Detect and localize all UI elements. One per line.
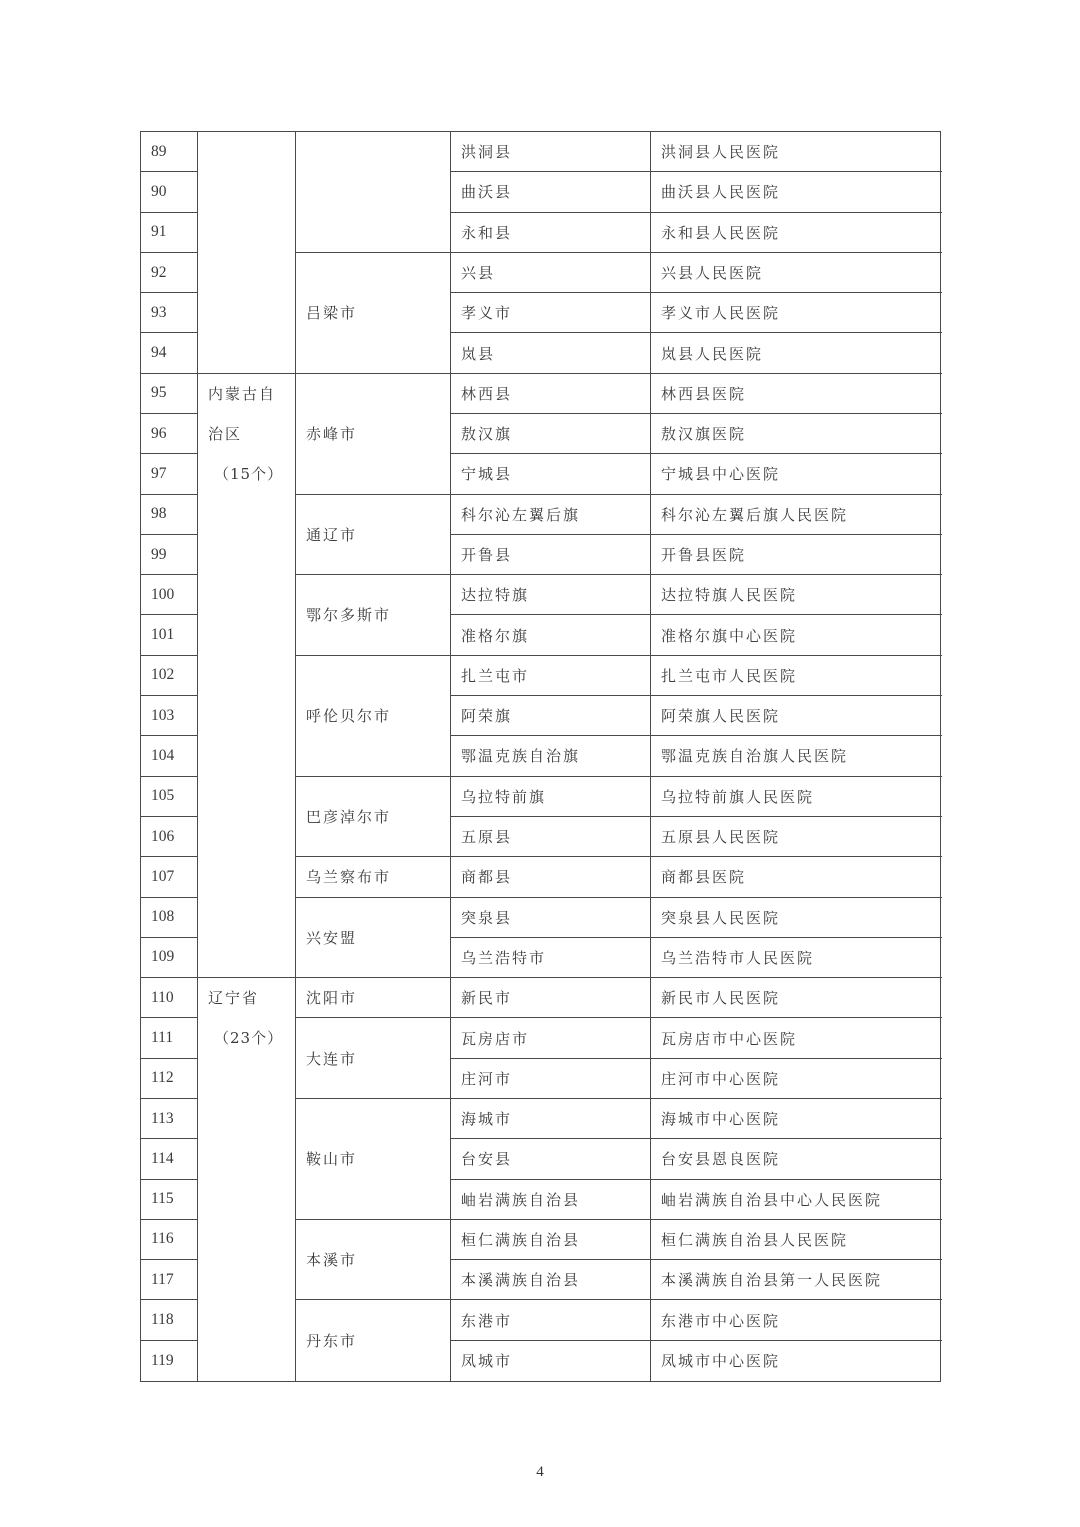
row-number-cell: 96 — [141, 414, 198, 454]
hospital-cell: 桓仁满族自治县人民医院 — [651, 1220, 942, 1260]
county-cell: 阿荣旗 — [451, 696, 651, 736]
page-number: 4 — [0, 1464, 1080, 1481]
city-cell: 兴安盟 — [296, 898, 451, 979]
hospital-cell: 洪洞县人民医院 — [651, 132, 942, 172]
county-cell: 孝义市 — [451, 293, 651, 333]
row-number-cell: 93 — [141, 293, 198, 333]
county-cell: 庄河市 — [451, 1059, 651, 1099]
hospital-cell: 曲沃县人民医院 — [651, 172, 942, 212]
county-cell: 乌兰浩特市 — [451, 938, 651, 978]
county-cell: 兴县 — [451, 253, 651, 293]
row-number-cell: 104 — [141, 736, 198, 776]
county-cell: 洪洞县 — [451, 132, 651, 172]
hospital-cell: 兴县人民医院 — [651, 253, 942, 293]
row-number-cell: 100 — [141, 575, 198, 615]
county-cell: 商都县 — [451, 857, 651, 897]
row-number-cell: 98 — [141, 495, 198, 535]
county-cell: 海城市 — [451, 1099, 651, 1139]
county-cell: 宁城县 — [451, 454, 651, 494]
county-cell: 岫岩满族自治县 — [451, 1180, 651, 1220]
county-cell: 台安县 — [451, 1139, 651, 1179]
row-number-cell: 103 — [141, 696, 198, 736]
county-cell: 林西县 — [451, 374, 651, 414]
hospital-cell: 庄河市中心医院 — [651, 1059, 942, 1099]
hospital-cell: 宁城县中心医院 — [651, 454, 942, 494]
hospital-cell: 岫岩满族自治县中心人民医院 — [651, 1180, 942, 1220]
county-cell: 瓦房店市 — [451, 1018, 651, 1058]
county-cell: 本溪满族自治县 — [451, 1260, 651, 1300]
row-number-cell: 112 — [141, 1059, 198, 1099]
city-cell — [296, 132, 451, 253]
hospital-cell: 准格尔旗中心医院 — [651, 615, 942, 655]
province-label-line: （15个） — [208, 464, 283, 504]
hospital-cell: 开鲁县医院 — [651, 535, 942, 575]
county-cell: 开鲁县 — [451, 535, 651, 575]
row-number-cell: 106 — [141, 817, 198, 857]
hospital-cell: 鄂温克族自治旗人民医院 — [651, 736, 942, 776]
row-number-cell: 113 — [141, 1099, 198, 1139]
hospital-cell: 扎兰屯市人民医院 — [651, 656, 942, 696]
row-number-cell: 95 — [141, 374, 198, 414]
county-cell: 达拉特旗 — [451, 575, 651, 615]
row-number-cell: 102 — [141, 656, 198, 696]
row-number-cell: 117 — [141, 1260, 198, 1300]
hospital-list-table: 89洪洞县洪洞县人民医院90曲沃县曲沃县人民医院91永和县永和县人民医院92兴县… — [140, 131, 941, 1382]
province-label-line: 内蒙古自 — [208, 384, 276, 424]
hospital-cell: 凤城市中心医院 — [651, 1341, 942, 1381]
row-number-cell: 99 — [141, 535, 198, 575]
hospital-cell: 永和县人民医院 — [651, 213, 942, 253]
hospital-cell: 林西县医院 — [651, 374, 942, 414]
county-cell: 曲沃县 — [451, 172, 651, 212]
city-cell: 本溪市 — [296, 1220, 451, 1301]
row-number-cell: 111 — [141, 1018, 198, 1058]
county-cell: 鄂温克族自治旗 — [451, 736, 651, 776]
province-label-line: 治区 — [208, 424, 242, 464]
county-cell: 岚县 — [451, 333, 651, 373]
row-number-cell: 89 — [141, 132, 198, 172]
row-number-cell: 94 — [141, 333, 198, 373]
row-number-cell: 118 — [141, 1300, 198, 1340]
row-number-cell: 91 — [141, 213, 198, 253]
row-number-cell: 108 — [141, 898, 198, 938]
county-cell: 科尔沁左翼后旗 — [451, 495, 651, 535]
county-cell: 凤城市 — [451, 1341, 651, 1381]
hospital-cell: 台安县恩良医院 — [651, 1139, 942, 1179]
row-number-cell: 92 — [141, 253, 198, 293]
hospital-cell: 东港市中心医院 — [651, 1300, 942, 1340]
row-number-cell: 116 — [141, 1220, 198, 1260]
hospital-cell: 突泉县人民医院 — [651, 898, 942, 938]
hospital-cell: 商都县医院 — [651, 857, 942, 897]
row-number-cell: 107 — [141, 857, 198, 897]
county-cell: 五原县 — [451, 817, 651, 857]
city-cell: 沈阳市 — [296, 978, 451, 1018]
city-cell: 吕梁市 — [296, 253, 451, 374]
row-number-cell: 115 — [141, 1180, 198, 1220]
row-number-cell: 109 — [141, 938, 198, 978]
county-cell: 新民市 — [451, 978, 651, 1018]
province-label-line: （23个） — [208, 1028, 283, 1068]
province-label-line: 辽宁省 — [208, 988, 259, 1028]
hospital-cell: 科尔沁左翼后旗人民医院 — [651, 495, 942, 535]
hospital-cell: 敖汉旗医院 — [651, 414, 942, 454]
row-number-cell: 97 — [141, 454, 198, 494]
county-cell: 乌拉特前旗 — [451, 777, 651, 817]
county-cell: 东港市 — [451, 1300, 651, 1340]
row-number-cell: 101 — [141, 615, 198, 655]
county-cell: 敖汉旗 — [451, 414, 651, 454]
hospital-cell: 本溪满族自治县第一人民医院 — [651, 1260, 942, 1300]
hospital-cell: 孝义市人民医院 — [651, 293, 942, 333]
county-cell: 扎兰屯市 — [451, 656, 651, 696]
row-number-cell: 105 — [141, 777, 198, 817]
row-number-cell: 119 — [141, 1341, 198, 1381]
hospital-cell: 海城市中心医院 — [651, 1099, 942, 1139]
city-cell: 鄂尔多斯市 — [296, 575, 451, 656]
county-cell: 准格尔旗 — [451, 615, 651, 655]
city-cell: 赤峰市 — [296, 374, 451, 495]
county-cell: 桓仁满族自治县 — [451, 1220, 651, 1260]
city-cell: 通辽市 — [296, 495, 451, 576]
city-cell: 鞍山市 — [296, 1099, 451, 1220]
province-cell — [198, 132, 296, 374]
hospital-cell: 达拉特旗人民医院 — [651, 575, 942, 615]
hospital-cell: 乌拉特前旗人民医院 — [651, 777, 942, 817]
hospital-cell: 岚县人民医院 — [651, 333, 942, 373]
hospital-cell: 乌兰浩特市人民医院 — [651, 938, 942, 978]
province-cell: 内蒙古自治区（15个） — [198, 374, 296, 978]
row-number-cell: 110 — [141, 978, 198, 1018]
county-cell: 突泉县 — [451, 898, 651, 938]
county-cell: 永和县 — [451, 213, 651, 253]
row-number-cell: 90 — [141, 172, 198, 212]
hospital-cell: 新民市人民医院 — [651, 978, 942, 1018]
hospital-cell: 阿荣旗人民医院 — [651, 696, 942, 736]
row-number-cell: 114 — [141, 1139, 198, 1179]
city-cell: 巴彦淖尔市 — [296, 777, 451, 858]
province-cell: 辽宁省（23个） — [198, 978, 296, 1381]
city-cell: 呼伦贝尔市 — [296, 656, 451, 777]
hospital-cell: 五原县人民医院 — [651, 817, 942, 857]
city-cell: 乌兰察布市 — [296, 857, 451, 897]
city-cell: 大连市 — [296, 1018, 451, 1099]
hospital-cell: 瓦房店市中心医院 — [651, 1018, 942, 1058]
city-cell: 丹东市 — [296, 1300, 451, 1381]
